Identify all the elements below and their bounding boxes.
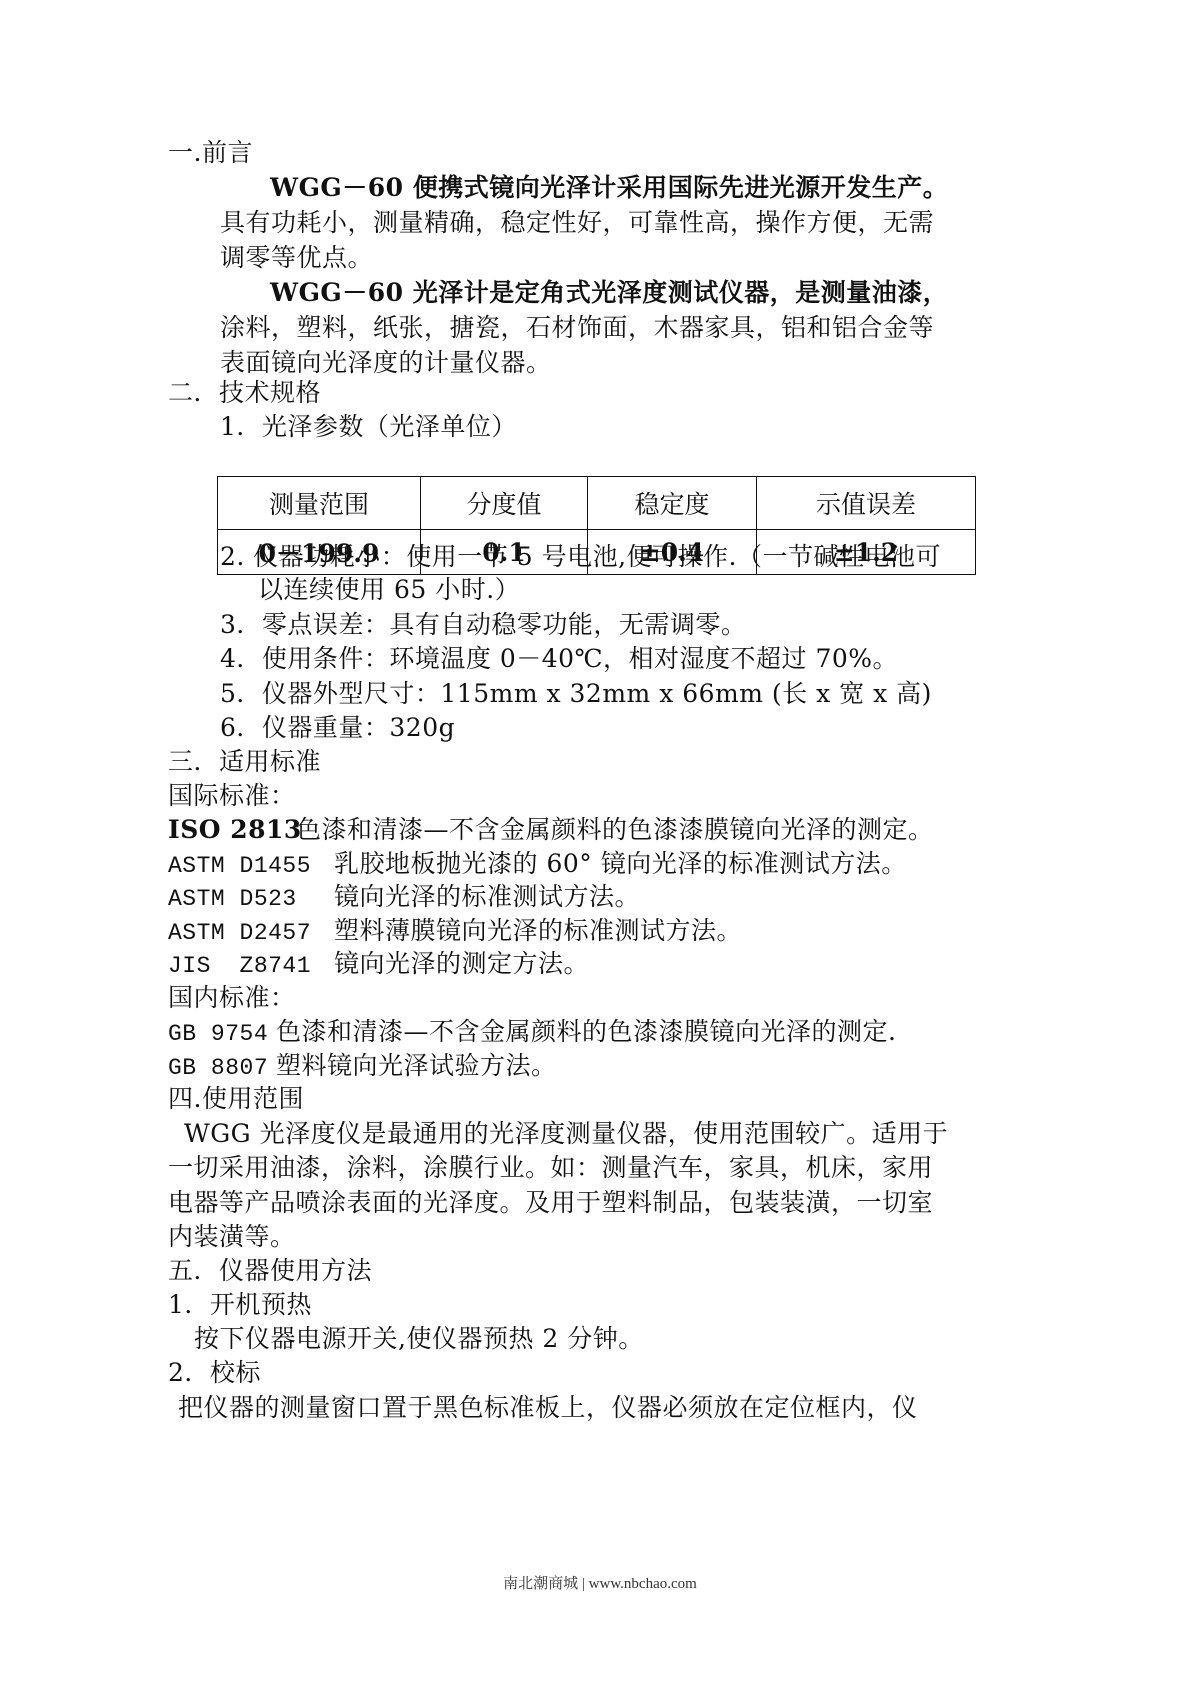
scope-para-line3: 电器等产品喷涂表面的光泽度。及用于塑料制品，包装装潢，一切室 [168,1186,933,1220]
document-page: 一.前言 WGG－60 便携式镜向光泽计采用国际先进光源开发生产。 具有功耗小，… [0,0,1200,1697]
spec-item2-line2: 以连续使用 65 小时.） [258,573,520,607]
section-heading-scope: 四.使用范围 [168,1082,304,1116]
standard-code: JIS Z8741 [168,949,328,983]
spec-item2-line1: 2. 仪器功耗小：使用一节 5 号电池,便可操作.（一节碱性电池可 [220,540,941,574]
table-header-row: 测量范围 分度值 稳定度 示值误差 [218,477,976,530]
standard-code: ISO 2813 [168,813,268,847]
standard-code: GB 8807 [168,1051,274,1085]
scope-para-line2: 一切采用油漆，涂料，涂膜行业。如：测量汽车，家具，机床，家用 [168,1151,933,1185]
table-header-cell: 示值误差 [757,477,976,530]
standard-code: GB 9754 [168,1017,274,1051]
spec-item3: 3．零点误差：具有自动稳零功能，无需调零。 [220,608,746,642]
preface-para1-line1: WGG－60 便携式镜向光泽计采用国际先进光源开发生产。 [270,171,948,205]
standard-desc: 塑料镜向光泽试验方法。 [276,1051,557,1080]
standard-desc: 塑料薄膜镜向光泽的标准测试方法。 [334,916,742,945]
usage-step2-text: 把仪器的测量窗口置于黑色标准板上，仪器必须放在定位框内，仪 [178,1391,918,1425]
standard-row: ASTM D2457塑料薄膜镜向光泽的标准测试方法。 [168,914,742,950]
standard-row: ASTM D1455乳胶地板抛光漆的 60° 镜向光泽的标准测试方法。 [168,847,907,883]
standard-code: ASTM D2457 [168,916,328,950]
preface-para2-line1: WGG－60 光泽计是定角式光泽度测试仪器，是测量油漆， [270,276,948,310]
standard-code: ASTM D1455 [168,849,328,883]
spec-item4: 4．使用条件：环境温度 0－40℃，相对湿度不超过 70%。 [220,642,898,676]
standard-desc: 色漆和清漆—不含金属颜料的色漆漆膜镜向光泽的测定。 [296,815,934,844]
usage-step1-text: 按下仪器电源开关,使仪器预热 2 分钟。 [194,1322,644,1356]
preface-para1-line2: 具有功耗小，测量精确，稳定性好，可靠性高，操作方便，无需 [220,206,934,240]
standard-desc: 色漆和清漆—不含金属颜料的色漆漆膜镜向光泽的测定. [276,1017,896,1046]
spec-item6: 6．仪器重量：320g [220,711,455,745]
usage-step1-title: 1．开机预热 [168,1288,312,1322]
standard-desc: 乳胶地板抛光漆的 60° 镜向光泽的标准测试方法。 [334,849,907,878]
preface-para2-line2: 涂料，塑料，纸张，搪瓷，石材饰面，木器家具，铝和铝合金等 [220,311,934,345]
standard-row: GB 9754色漆和清漆—不含金属颜料的色漆漆膜镜向光泽的测定. [168,1015,896,1051]
standard-desc: 镜向光泽的标准测试方法。 [334,882,640,911]
section-heading-preface: 一.前言 [168,136,253,170]
intl-standards-label: 国际标准： [168,779,296,813]
page-footer: 南北潮商城 | www.nbchao.com [0,1572,1200,1593]
standard-row: ASTM D523镜向光泽的标准测试方法。 [168,880,640,916]
domestic-standards-label: 国内标准： [168,981,296,1015]
section-heading-specs: 二．技术规格 [168,376,321,410]
standard-code: ASTM D523 [168,882,328,916]
preface-para1-line3: 调零等优点。 [220,241,373,275]
table-header-cell: 稳定度 [588,477,757,530]
spec-item5: 5．仪器外型尺寸：115mm x 32mm x 66mm (长 x 宽 x 高) [220,677,932,711]
standard-row: JIS Z8741镜向光泽的测定方法。 [168,947,589,983]
scope-para-line1: WGG 光泽度仪是最通用的光泽度测量仪器，使用范围较广。适用于 [184,1117,948,1151]
table-header-cell: 分度值 [421,477,588,530]
spec-item1-title: 1．光泽参数（光泽单位） [220,410,517,444]
scope-para-line4: 内装潢等。 [168,1220,296,1254]
preface-para2-line3: 表面镜向光泽度的计量仪器。 [220,346,552,380]
standard-row: GB 8807塑料镜向光泽试验方法。 [168,1049,557,1085]
table-header-cell: 测量范围 [218,477,421,530]
standard-desc: 镜向光泽的测定方法。 [334,949,589,978]
section-heading-usage: 五．仪器使用方法 [168,1254,372,1288]
section-heading-standards: 三．适用标准 [168,745,321,779]
usage-step2-title: 2．校标 [168,1356,261,1390]
standard-row: ISO 2813色漆和清漆—不含金属颜料的色漆漆膜镜向光泽的测定。 [168,813,934,847]
